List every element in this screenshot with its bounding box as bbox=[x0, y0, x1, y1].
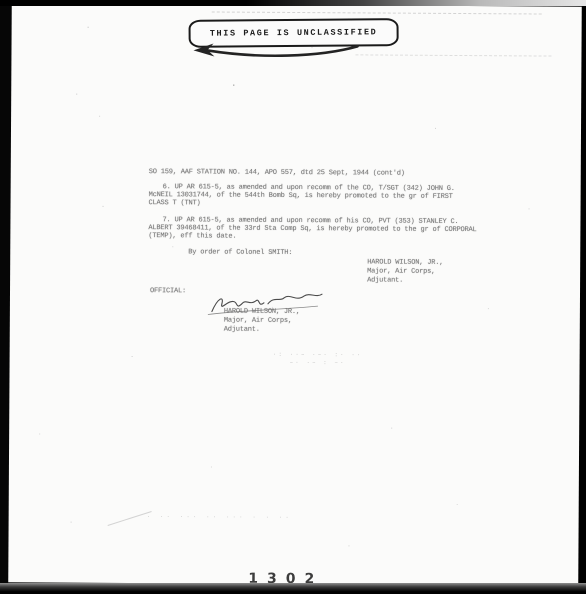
handwritten-arrow-icon bbox=[189, 37, 365, 66]
faint-stamp-line-2: –· ·– : –· bbox=[258, 359, 378, 368]
adjutant-rank: Major, Air Corps, bbox=[367, 267, 443, 276]
stamp-dash-marks-top bbox=[212, 11, 542, 14]
paragraph-6: 6. UP AR 615-5, as amended and upon reco… bbox=[149, 183, 455, 209]
bottom-scan-bar bbox=[0, 583, 586, 594]
signature-name-block: HAROLD WILSON, JR., Major, Air Corps, Ad… bbox=[224, 308, 300, 335]
faint-stamp-marks: ·: ··– ·–· :· ·· –· ·– : –· bbox=[258, 351, 378, 368]
adjutant-signature-block: HAROLD WILSON, JR., Major, Air Corps, Ad… bbox=[367, 258, 443, 285]
order-header-line: SO 159, AAF STATION NO. 144, APO 557, dt… bbox=[149, 168, 405, 178]
adjutant-title: Adjutant. bbox=[367, 276, 443, 285]
stamp-dash-marks-bottom bbox=[355, 54, 551, 56]
faint-pencil-line bbox=[108, 511, 152, 526]
by-order-line: By order of Colonel SMITH: bbox=[188, 248, 292, 257]
adjutant-name: HAROLD WILSON, JR., bbox=[367, 258, 443, 267]
document-page: THIS PAGE IS UNCLASSIFIED SO 159, AAF ST… bbox=[8, 3, 582, 585]
official-label: OFFICIAL: bbox=[150, 287, 186, 295]
official-rank: Major, Air Corps, bbox=[224, 317, 300, 326]
top-scan-edge bbox=[0, 0, 586, 6]
faint-dotted-marks: · ·· ··· ·· ··· · · ·· bbox=[147, 513, 292, 521]
paragraph-7: 7. UP AR 615-5, as amended and upon reco… bbox=[148, 216, 476, 242]
official-name: HAROLD WILSON, JR., bbox=[224, 308, 300, 317]
official-title: Adjutant. bbox=[224, 326, 300, 335]
